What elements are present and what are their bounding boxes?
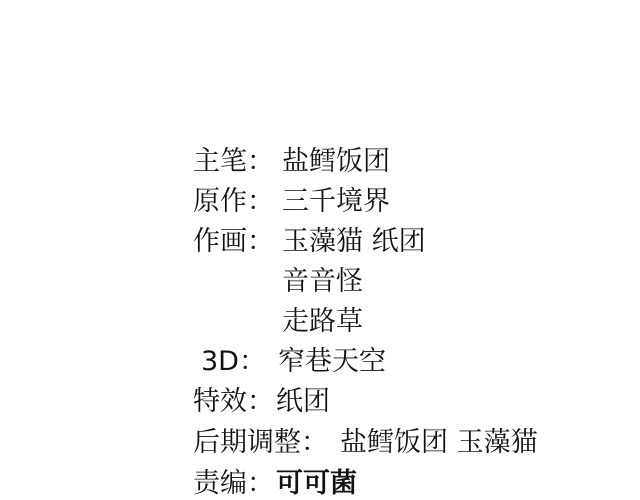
credit-role: 后期调整： (193, 425, 328, 461)
credit-value: 三千境界 (282, 184, 390, 220)
credit-value: 音音怪 (282, 264, 363, 300)
credits-list: 主笔： 盐鳕饭团 原作： 三千境界 作画： 玉藻猫 纸团 音音怪 走路草 3D：… (0, 0, 640, 500)
credit-value: 可可菌 (276, 466, 357, 500)
credit-value: 玉藻猫 纸团 (282, 224, 426, 260)
credit-value: 盐鳕饭团 (282, 144, 390, 180)
credit-role: 原作： (193, 184, 274, 220)
credit-role: 特效： (193, 384, 274, 420)
credit-value: 纸团 (276, 384, 330, 420)
credit-value: 走路草 (282, 304, 363, 340)
credit-role: 作画： (193, 224, 274, 260)
credit-value: 盐鳕饭团 玉藻猫 (340, 425, 538, 461)
credit-role: 3D： (201, 344, 266, 380)
credit-role: 主笔： (193, 144, 274, 180)
credit-role: 责编： (193, 466, 274, 500)
credit-value: 窄巷天空 (278, 344, 386, 380)
